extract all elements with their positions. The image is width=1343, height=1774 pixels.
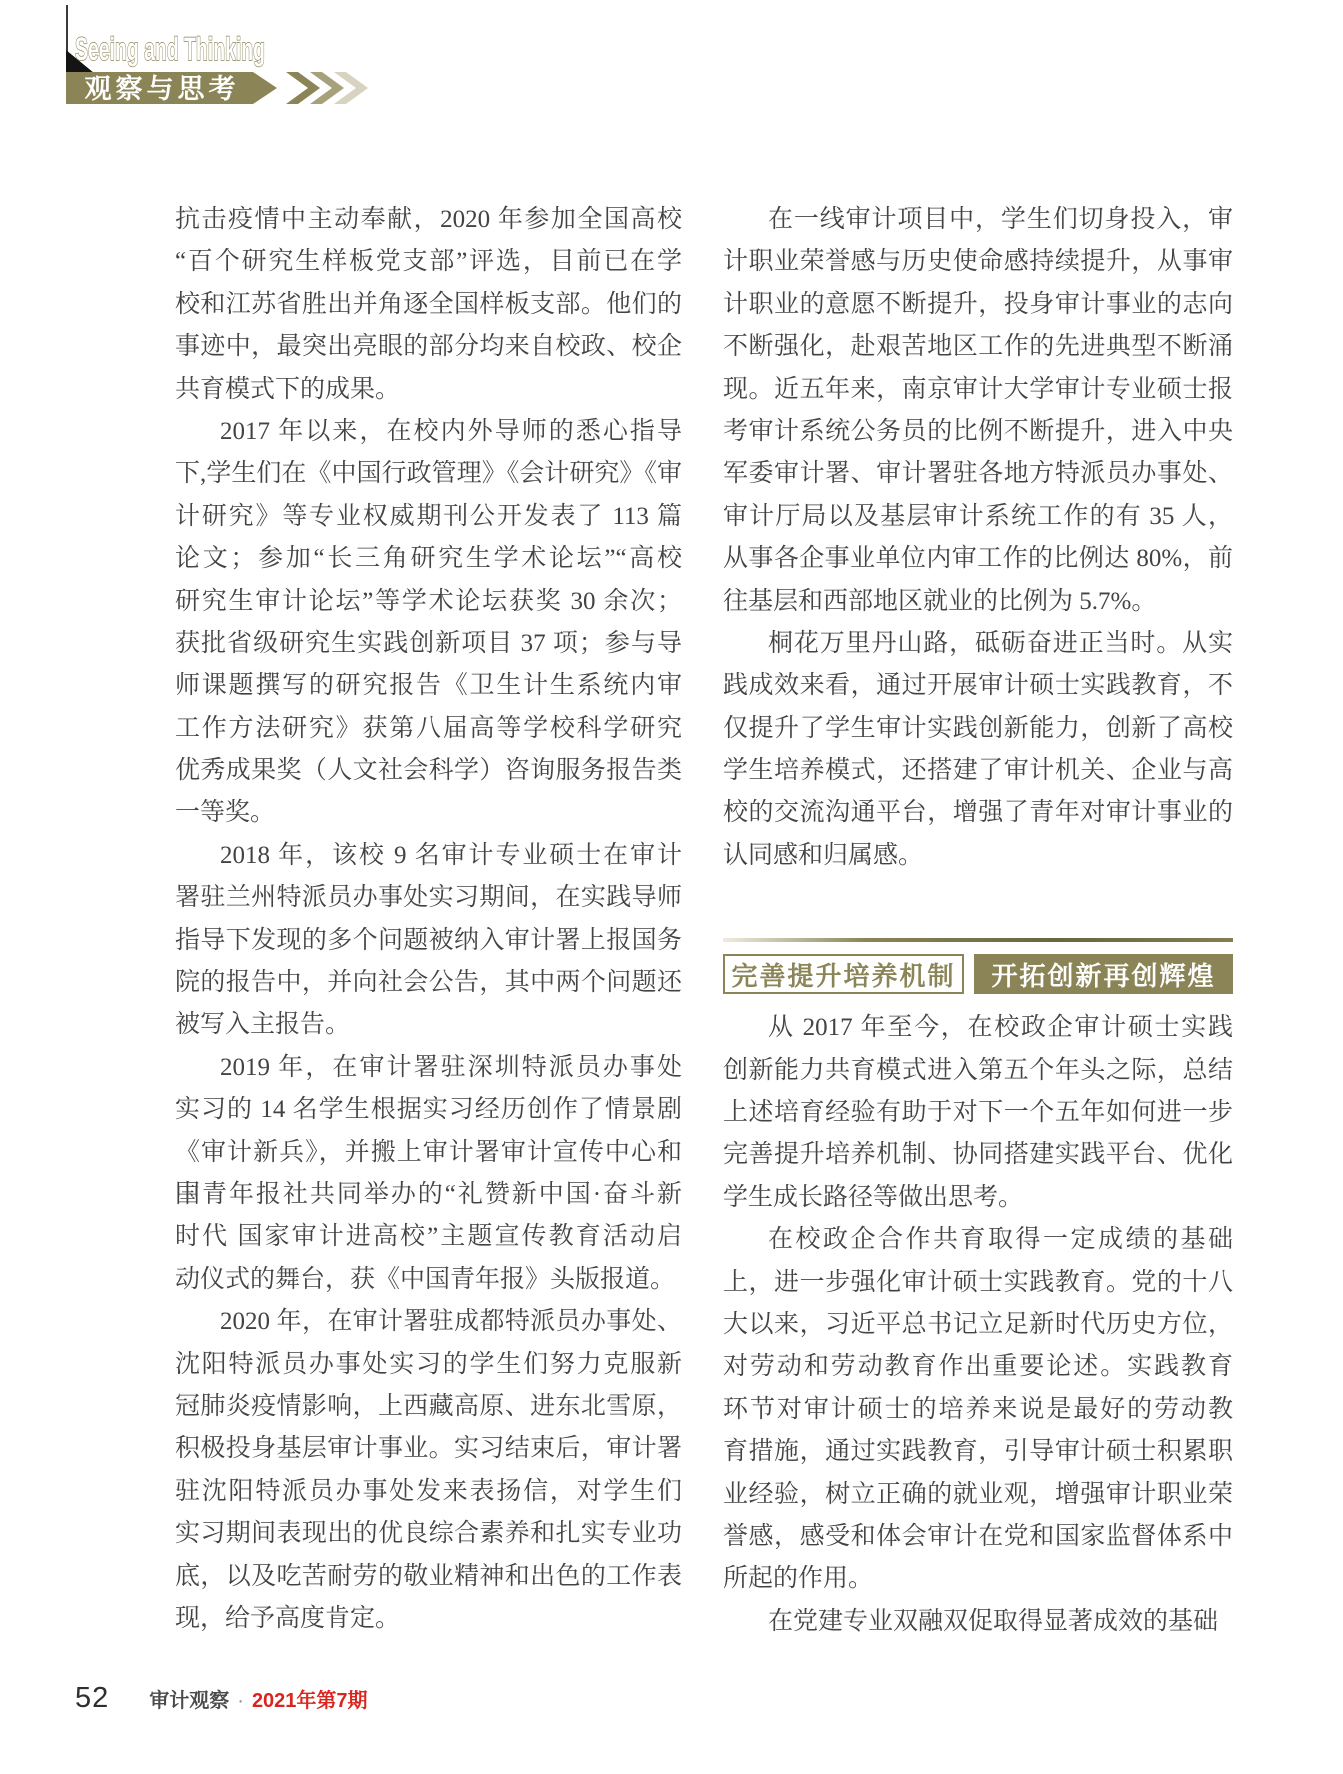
text-line: 一等奖。 [175,792,682,834]
text-line: 往基层和西部地区就业的比例为 5.7%。 [723,581,1233,623]
text-line: 工作方法研究》获第八届高等学校科学研究 [175,708,682,750]
text-line: 所起的作用。 [723,1558,1233,1600]
text-line: 军委审计署、审计署驻各地方特派员办事处、 [723,453,1233,495]
text-line: 院的报告中，并向社会公告，其中两个问题还 [175,962,682,1004]
section-masthead: Seeing and Thinking 观察与思考 [0,0,420,120]
section-heading-filled-label: 开拓创新再创辉煌 [974,954,1233,994]
section-divider-rule [723,938,1233,942]
text-line: 完善提升培养机制、协同搭建实践平台、优化 [723,1134,1233,1176]
page-number: 52 [75,1682,109,1715]
text-line: 不断强化，赴艰苦地区工作的先进典型不断涌 [723,326,1233,368]
text-line: 计研究》等专业权威期刊公开发表了 113 篇 [175,496,682,538]
text-line: 时代 国家审计进高校”主题宣传教育活动启 [175,1216,682,1258]
text-line: 下,学生们在《中国行政管理》《会计研究》《审 [175,453,682,495]
paragraph: 2017 年以来，在校内外导师的悉心指导下,学生们在《中国行政管理》《会计研究》… [175,411,682,835]
text-line: 认同感和归属感。 [723,835,1233,877]
text-line: 被写入主报告。 [175,1004,682,1046]
text-line: 对劳动和劳动教育作出重要论述。实践教育 [723,1346,1233,1388]
text-line: 底，以及吃苦耐劳的敬业精神和出色的工作表 [175,1556,682,1598]
journal-name: 审计观察 [149,1684,229,1713]
text-line: 现。近五年来，南京审计大学审计专业硕士报 [723,369,1233,411]
text-line: 驻沈阳特派员办事处发来表扬信，对学生们 [175,1471,682,1513]
text-line: 桐花万里丹山路，砥砺奋进正当时。从实 [723,623,1233,665]
text-line: 上，进一步强化审计硕士实践教育。党的十八 [723,1262,1233,1304]
text-line: 2017 年以来，在校内外导师的悉心指导 [175,411,682,453]
text-line: 仅提升了学生审计实践创新能力，创新了高校 [723,708,1233,750]
text-line: 共育模式下的成果。 [175,369,682,411]
separator-dot: · [237,1690,244,1713]
text-line: 实习期间表现出的优良综合素养和扎实专业功 [175,1513,682,1555]
right-text-column: 在一线审计项目中，学生们切身投入，审计职业荣誉感与历史使命感持续提升，从事审计职… [723,199,1233,1643]
text-line: 实习的 14 名学生根据实习经历创作了情景剧 [175,1089,682,1131]
text-line: 践成效来看，通过开展审计硕士实践教育，不 [723,665,1233,707]
text-line: 环节对审计硕士的培养来说是最好的劳动教 [723,1389,1233,1431]
text-line: 获批省级研究生实践创新项目 37 项；参与导 [175,623,682,665]
text-line: 2020 年，在审计署驻成都特派员办事处、 [175,1301,682,1343]
text-line: 优秀成果奖（人文社会科学）咨询服务报告类 [175,750,682,792]
paragraph: 在党建专业双融双促取得显著成效的基础 [723,1601,1233,1643]
paragraph: 桐花万里丹山路，砥砺奋进正当时。从实践成效来看，通过开展审计硕士实践教育，不仅提… [723,623,1233,877]
masthead-english-title: Seeing and Thinking [75,31,265,67]
text-line: 从事各企事业单位内审工作的比例达 80%，前 [723,538,1233,580]
text-line: 在党建专业双融双促取得显著成效的基础 [723,1601,1233,1643]
text-line: 校的交流沟通平台，增强了青年对审计事业的 [723,792,1233,834]
section-heading: 完善提升培养机制 开拓创新再创辉煌 [723,954,1233,994]
text-line: 抗击疫情中主动奉献，2020 年参加全国高校 [175,199,682,241]
text-line: 2019 年，在审计署驻深圳特派员办事处 [175,1047,682,1089]
text-line: 审计厅局以及基层审计系统工作的有 35 人， [723,496,1233,538]
text-line: 计职业的意愿不断提升，投身审计事业的志向 [723,284,1233,326]
text-line: 从 2017 年至今，在校政企审计硕士实践 [723,1007,1233,1049]
text-line: 大以来，习近平总书记立足新时代历史方位， [723,1304,1233,1346]
text-line: 校和江苏省胜出并角逐全国样板支部。他们的 [175,284,682,326]
text-line: 沈阳特派员办事处实习的学生们努力克服新 [175,1344,682,1386]
text-line: 上述培育经验有助于对下一个五年如何进一步 [723,1092,1233,1134]
paragraph: 抗击疫情中主动奉献，2020 年参加全国高校“百个研究生样板党支部”评选，目前已… [175,199,682,411]
text-line: 创新能力共育模式进入第五个年头之际，总结 [723,1050,1233,1092]
paragraph: 在校政企合作共育取得一定成绩的基础上，进一步强化审计硕士实践教育。党的十八大以来… [723,1219,1233,1601]
text-line: 现，给予高度肯定。 [175,1598,682,1640]
magazine-page: Seeing and Thinking 观察与思考 抗击疫情中主动奉献，2020… [0,0,1343,1774]
page-footer: 52 审计观察 · 2021年第7期 [75,1682,368,1715]
text-line: 誉感，感受和体会审计在党和国家监督体系中 [723,1516,1233,1558]
text-line: 积极投身基层审计事业。实习结束后，审计署 [175,1428,682,1470]
text-line: “百个研究生样板党支部”评选，目前已在学 [175,241,682,283]
text-line: 国青年报社共同举办的“礼赞新中国·奋斗新 [175,1174,682,1216]
right-column-lower-text: 从 2017 年至今，在校政企审计硕士实践创新能力共育模式进入第五个年头之际，总… [723,1007,1233,1643]
text-line: 学生培养模式，还搭建了审计机关、企业与高 [723,750,1233,792]
paragraph: 2020 年，在审计署驻成都特派员办事处、沈阳特派员办事处实习的学生们努力克服新… [175,1301,682,1640]
text-line: 事迹中，最突出亮眼的部分均来自校政、校企 [175,326,682,368]
text-line: 在校政企合作共育取得一定成绩的基础 [723,1219,1233,1261]
right-column-upper-text: 在一线审计项目中，学生们切身投入，审计职业荣誉感与历史使命感持续提升，从事审计职… [723,199,1233,877]
text-line: 育措施，通过实践教育，引导审计硕士积累职 [723,1431,1233,1473]
left-text-column: 抗击疫情中主动奉献，2020 年参加全国高校“百个研究生样板党支部”评选，目前已… [175,199,682,1640]
text-line: 学生成长路径等做出思考。 [723,1177,1233,1219]
text-line: 冠肺炎疫情影响，上西藏高原、进东北雪原， [175,1386,682,1428]
text-line: 《审计新兵》，并搬上审计署审计宣传中心和中 [175,1132,682,1174]
text-line: 2018 年，该校 9 名审计专业硕士在审计 [175,835,682,877]
text-line: 论文；参加“长三角研究生学术论坛”“高校 [175,538,682,580]
text-line: 署驻兰州特派员办事处实习期间，在实践导师 [175,877,682,919]
text-line: 指导下发现的多个问题被纳入审计署上报国务 [175,920,682,962]
paragraph: 2018 年，该校 9 名审计专业硕士在审计署驻兰州特派员办事处实习期间，在实践… [175,835,682,1047]
text-line: 考审计系统公务员的比例不断提升，进入中央 [723,411,1233,453]
masthead-chinese-badge-label: 观察与思考 [85,73,240,104]
text-line: 计职业荣誉感与历史使命感持续提升，从事审 [723,241,1233,283]
chevron-icon [286,72,320,104]
text-line: 动仪式的舞台，获《中国青年报》头版报道。 [175,1259,682,1301]
text-line: 研究生审计论坛”等学术论坛获奖 30 余次； [175,581,682,623]
text-line: 师课题撰写的研究报告《卫生计生系统内审 [175,665,682,707]
paragraph: 在一线审计项目中，学生们切身投入，审计职业荣誉感与历史使命感持续提升，从事审计职… [723,199,1233,623]
text-line: 业经验，树立正确的就业观，增强审计职业荣 [723,1474,1233,1516]
paragraph: 2019 年，在审计署驻深圳特派员办事处实习的 14 名学生根据实习经历创作了情… [175,1047,682,1301]
issue-label: 2021年第7期 [252,1684,368,1713]
paragraph: 从 2017 年至今，在校政企审计硕士实践创新能力共育模式进入第五个年头之际，总… [723,1007,1233,1219]
section-heading-boxed-label: 完善提升培养机制 [723,954,964,994]
text-line: 在一线审计项目中，学生们切身投入，审 [723,199,1233,241]
